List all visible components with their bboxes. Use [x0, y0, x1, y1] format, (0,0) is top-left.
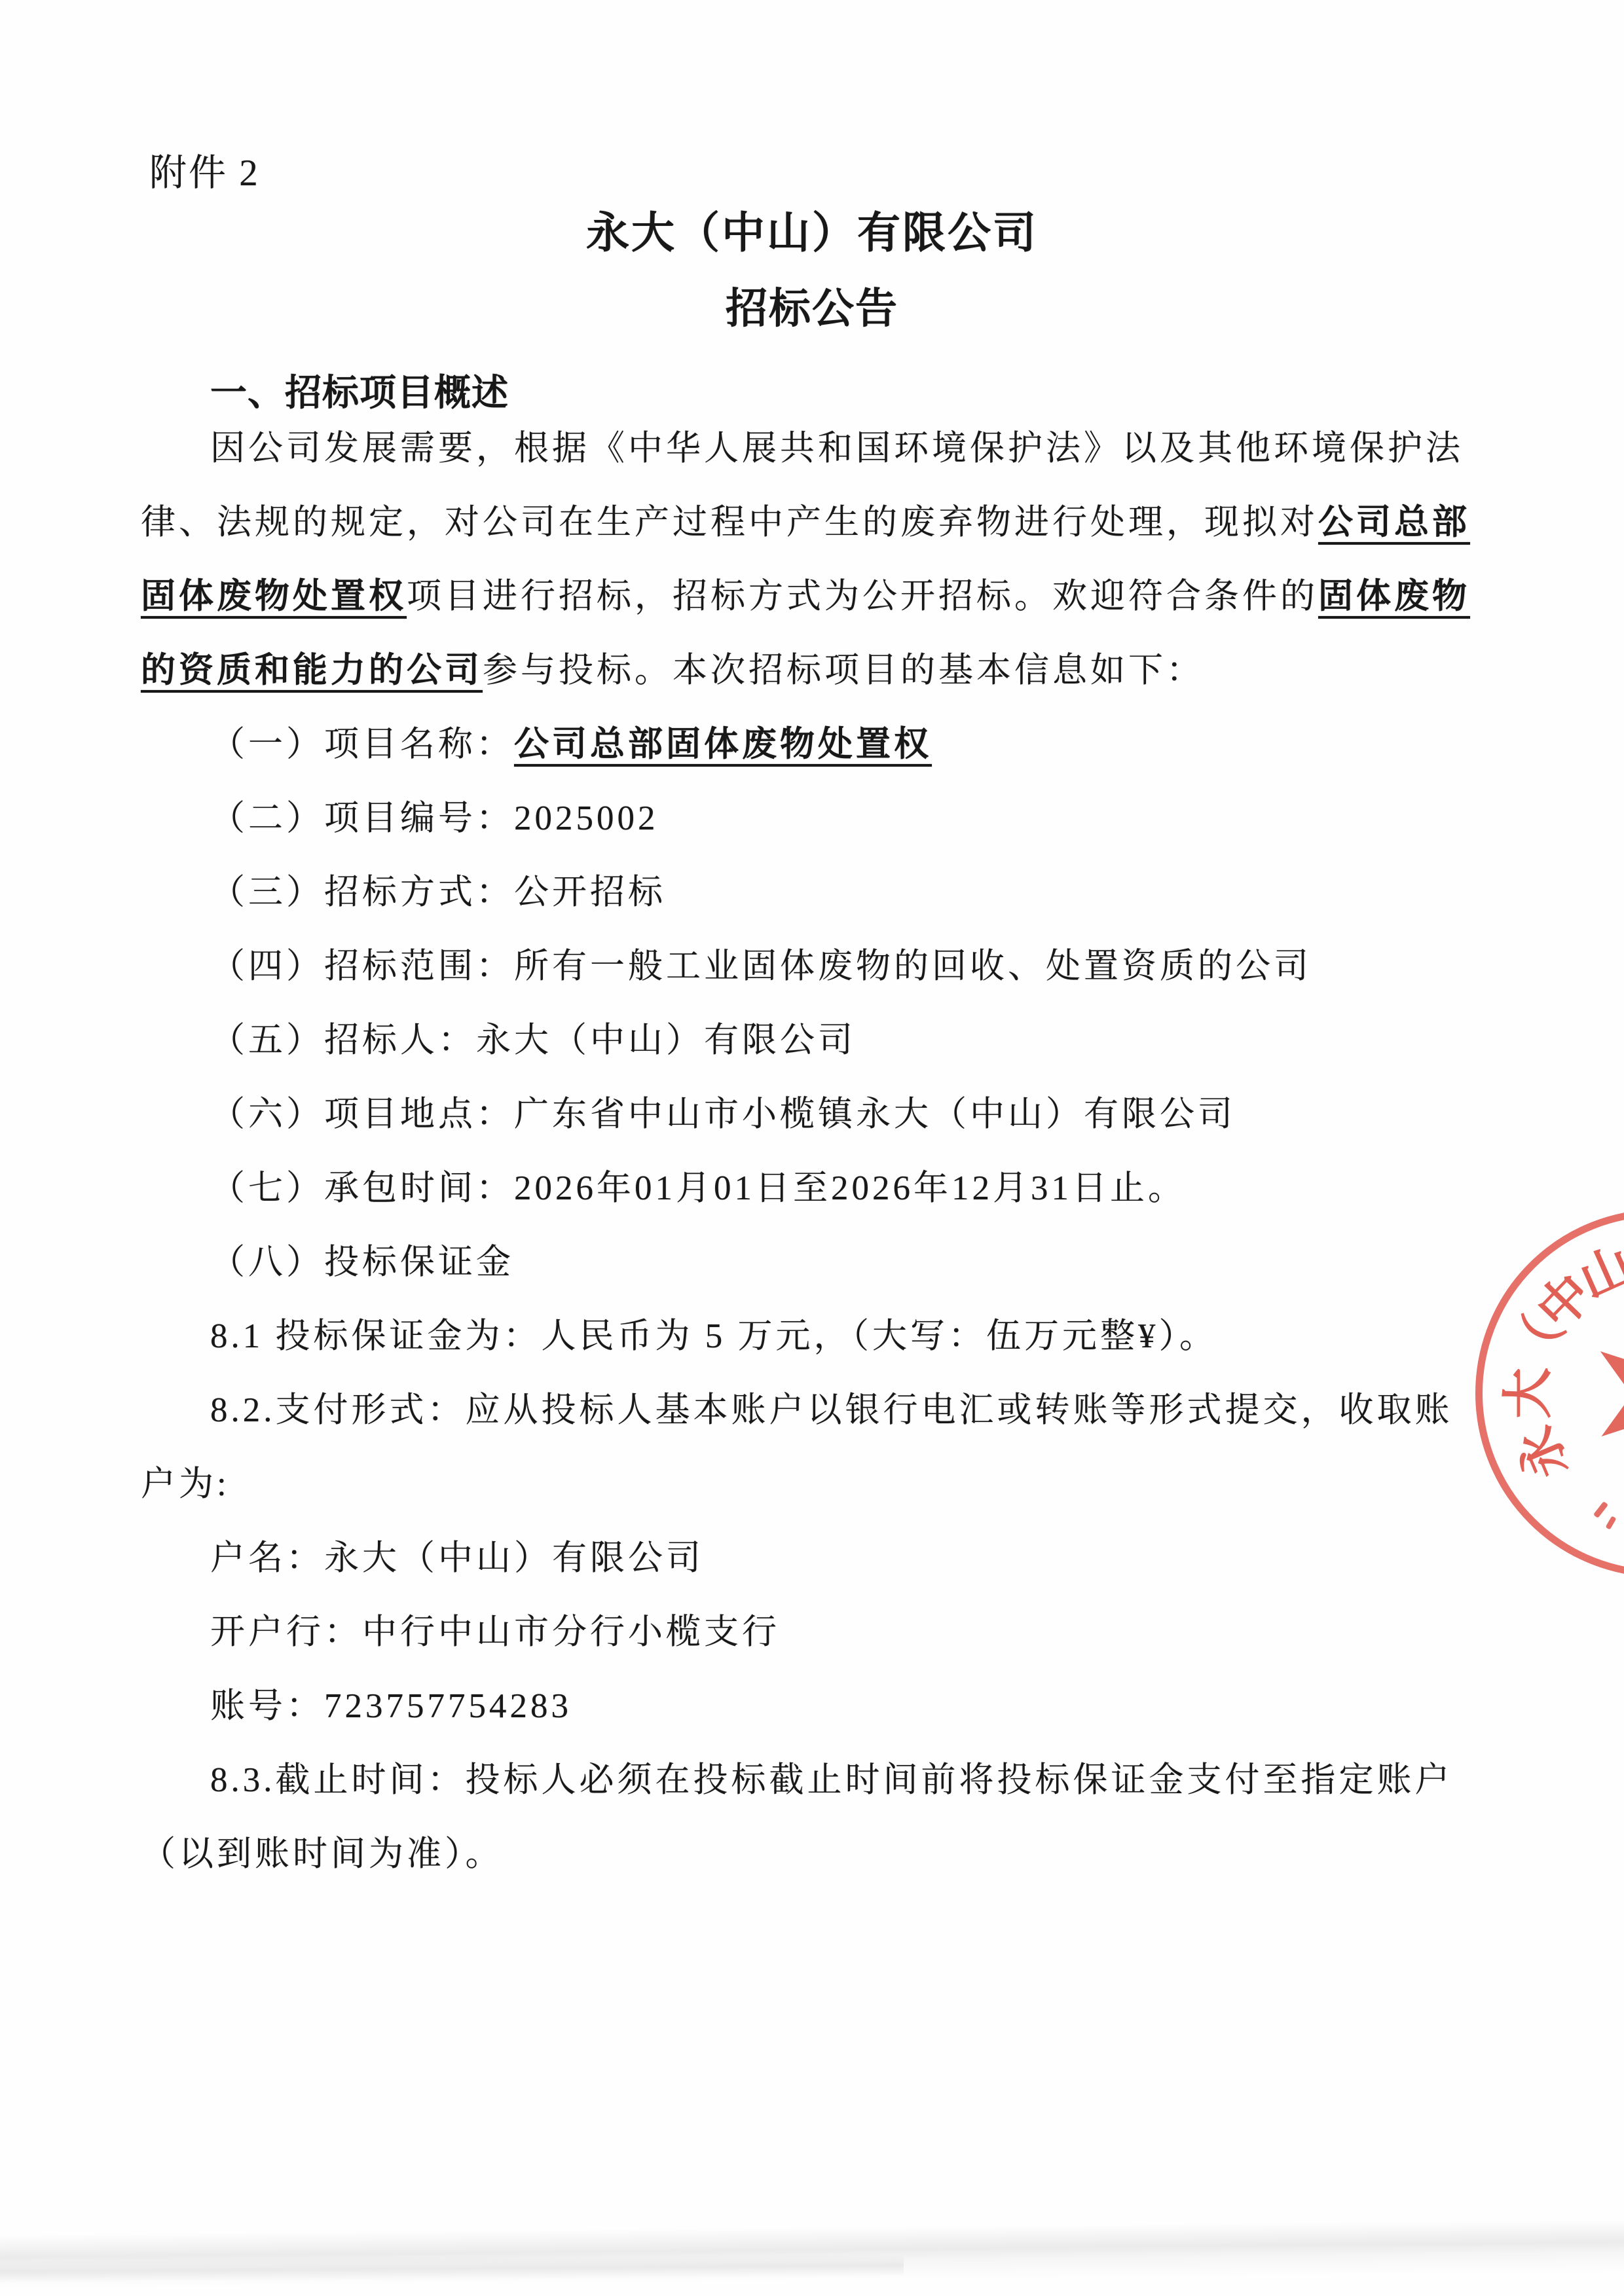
account-number-line: 账号：723757754283: [141, 1669, 1485, 1743]
intro-line-1-text: 因公司发展需要，根据《中华人展共和国环境保护法》以及其他环境保护法: [210, 429, 1464, 467]
item-project-name-label: （一）项目名称：: [210, 725, 514, 763]
item-bid-deposit-heading: （八）投标保证金: [141, 1226, 1485, 1300]
intro-line-3-emphasis-2: 固体废物: [1318, 577, 1470, 615]
deposit-deadline-line: 8.3.截止时间：投标人必须在投标截止时间前将投标保证金支付至指定账户: [141, 1743, 1485, 1817]
item-project-number: （二）项目编号：2025002: [141, 782, 1485, 856]
document-body: 因公司发展需要，根据《中华人展共和国环境保护法》以及其他环境保护法 律、法规的规…: [141, 412, 1485, 1891]
attachment-label: 附件 2: [149, 143, 260, 196]
intro-line-2-emphasis: 公司总部: [1318, 503, 1470, 541]
intro-line-3: 固体废物处置权项目进行招标，招标方式为公开招标。欢迎符合条件的固体废物: [141, 560, 1485, 634]
document-title-company: 永大（中山）有限公司: [0, 198, 1624, 260]
item-project-name-value: 公司总部固体废物处置权: [514, 725, 932, 763]
item-tender-method: （三）招标方式：公开招标: [141, 856, 1485, 930]
intro-line-1: 因公司发展需要，根据《中华人展共和国环境保护法》以及其他环境保护法: [141, 412, 1485, 486]
intro-line-3-text: 项目进行招标，招标方式为公开招标。欢迎符合条件的: [407, 577, 1318, 615]
intro-line-2: 律、法规的规定，对公司在生产过程中产生的废弃物进行处理，现拟对公司总部: [141, 486, 1485, 560]
item-tenderer: （五）招标人：永大（中山）有限公司: [141, 1004, 1485, 1078]
deposit-amount-line: 8.1 投标保证金为：人民币为 5 万元，（大写：伍万元整¥）。: [141, 1300, 1485, 1374]
bank-branch-line: 开户行：中行中山市分行小榄支行: [141, 1595, 1485, 1669]
document-title-announcement: 招标公告: [0, 275, 1624, 335]
item-contract-period: （七）承包时间：2026年01月01日至2026年12月31日止。: [141, 1152, 1485, 1226]
item-project-name: （一）项目名称：公司总部固体废物处置权: [141, 708, 1485, 782]
deposit-deadline-line-cont: （以到账时间为准）。: [141, 1817, 1485, 1891]
intro-line-2-text: 律、法规的规定，对公司在生产过程中产生的废弃物进行处理，现拟对: [141, 503, 1318, 541]
item-tender-scope: （四）招标范围：所有一般工业固体废物的回收、处置资质的公司: [141, 930, 1485, 1004]
intro-line-4-emphasis: 的资质和能力的公司: [141, 651, 483, 689]
item-project-location: （六）项目地点：广东省中山市小榄镇永大（中山）有限公司: [141, 1078, 1485, 1152]
deposit-payment-line: 8.2.支付形式：应从投标人基本账户以银行电汇或转账等形式提交，收取账: [141, 1374, 1485, 1448]
section-heading: 一、招标项目概述: [210, 364, 509, 416]
seal-char: 大: [1499, 1364, 1558, 1423]
scanned-document-page: 附件 2 永大（中山）有限公司 招标公告 一、招标项目概述 因公司发展需要，根据…: [0, 0, 1624, 2296]
deposit-payment-line-cont: 户为:: [141, 1448, 1485, 1522]
intro-line-3-emphasis-1: 固体废物处置权: [141, 577, 407, 615]
account-name-line: 户名：永大（中山）有限公司: [141, 1522, 1485, 1595]
intro-line-4: 的资质和能力的公司参与投标。本次招标项目的基本信息如下：: [141, 634, 1485, 708]
intro-line-4-text: 参与投标。本次招标项目的基本信息如下：: [483, 651, 1204, 689]
